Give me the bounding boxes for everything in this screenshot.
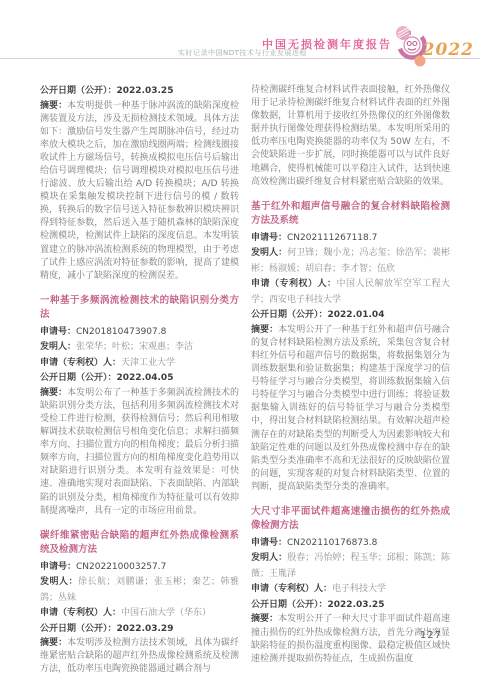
application-number-label: 申请号：: [251, 233, 287, 243]
abstract-label: 摘要：: [40, 638, 67, 648]
inventors-row: 发明人：何卫锋；魏小龙；冯志玺；徐浩军；裴彬彬；杨淑媛；胡启春；李才智；伍欣: [251, 246, 450, 277]
report-page: 中国无损检测年度报告 2022 实时记录中国NDT技术与行业发展进程 公开日期（…: [0, 0, 480, 679]
right-column: 待检测碳纤维复合材料试件表面接触，红外热像仪用于记录待检测碳纤维复合材料试件表面…: [251, 84, 450, 649]
inventors-label: 发明人：: [40, 342, 76, 352]
inventors-value: 张荣华；叶松；宋观惠；李洁: [76, 342, 193, 352]
publication-date-row: 公开日期（公开）：2022.01.04: [251, 308, 450, 324]
application-number-row: 申请号：CN202111267118.7: [251, 231, 450, 247]
applicant-row: 申请（专利权）人：天津工业大学: [40, 356, 239, 372]
patent-entry-continuation: 公开日期（公开）：2022.03.25 摘要：本发明提供一种基于脉冲涡流的缺陷深…: [40, 84, 239, 283]
application-number-value: CN202111267118.7: [287, 233, 377, 243]
patent-entry: 大尺寸非平面试件超高速撞击损伤的红外热成像检测方法 申请号：CN20211017…: [251, 505, 450, 666]
abstract-text: 本发明公布了一种基于多频涡流检测技术的缺陷识别分类方法，包括利用多频涡流检测技术…: [40, 388, 239, 516]
publication-date-row: 公开日期（公开）：2022.03.29: [40, 622, 239, 638]
applicant-value: 电子科技大学: [332, 584, 386, 594]
publication-date-row: 公开日期（公开）：2022.03.25: [40, 84, 239, 100]
application-number-label: 申请号：: [40, 562, 76, 572]
patent-title: 碳纤维紧密贴合缺陷的超声红外热成像检测系统及检测方法: [40, 529, 239, 557]
publication-date-value: 2022.03.29: [117, 624, 174, 634]
applicant-label: 申请（专利权）人：: [40, 358, 121, 368]
publication-date-label: 公开日期（公开）：: [40, 86, 117, 96]
abstract-label: 摘要：: [251, 325, 278, 335]
publication-date-value: 2022.04.05: [117, 373, 174, 383]
inventors-row: 发明人：殷春；冯怡婷；程玉华；邱根；陈凯；陈薇；王胤泽: [251, 551, 450, 582]
patent-title: 一种基于多频涡流检测技术的缺陷识别分类方法: [40, 294, 239, 322]
inventors-label: 发明人：: [40, 577, 78, 587]
abstract-paragraph: 摘要：本发明公布了一种基于多频涡流检测技术的缺陷识别分类方法，包括利用多频涡流检…: [40, 387, 239, 518]
publication-date-row: 公开日期（公开）：2022.03.25: [251, 598, 450, 614]
application-number-label: 申请号：: [251, 538, 287, 548]
abstract-text: 本发明提供一种基于脉冲涡流的缺陷深度检测装置及方法，涉及无损检测技术领域。具体方…: [40, 101, 239, 281]
abstract-paragraph: 摘要：本发明提供一种基于脉冲涡流的缺陷深度检测装置及方法，涉及无损检测技术领域。…: [40, 100, 239, 283]
abstract-label: 摘要：: [40, 101, 67, 111]
page-number: 127: [420, 630, 442, 641]
publication-date-row: 公开日期（公开）：2022.04.05: [40, 371, 239, 387]
inventors-label: 发明人：: [251, 248, 287, 258]
patent-title: 大尺寸非平面试件超高速撞击损伤的红外热成像检测方法: [251, 505, 450, 533]
applicant-row: 申请（专利权）人：中国人民解放军空军工程大学；西安电子科技大学: [251, 277, 450, 308]
inventors-row: 发明人：徐长航；刘鹏谦；张玉彬；秦艺；韩雅鸽；丛妹: [40, 575, 239, 606]
publication-date-label: 公开日期（公开）：: [40, 624, 117, 634]
abstract-text: 本发明涉及检测方法技术领域，具体为碳纤维紧密贴合缺陷的超声红外热成像检测系统及检…: [40, 638, 239, 674]
applicant-label: 申请（专利权）人：: [251, 584, 332, 594]
inventors-row: 发明人：张荣华；叶松；宋观惠；李洁: [40, 340, 239, 356]
abstract-paragraph: 摘要：本发明公开了一种基于红外和超声信号融合的复合材料缺陷检测方法及系统，采集包…: [251, 324, 450, 494]
page-header: 中国无损检测年度报告 2022 实时记录中国NDT技术与行业发展进程: [0, 0, 480, 72]
applicant-label: 申请（专利权）人：: [40, 608, 121, 618]
application-number-row: 申请号：CN201810473907.8: [40, 325, 239, 341]
abstract-text: 本发明公开了一种基于红外和超声信号融合的复合材料缺陷检测方法及系统，采集包含复合…: [251, 325, 450, 492]
report-subtitle: 实时记录中国NDT技术与行业发展进程: [178, 48, 307, 58]
abstract-label: 摘要：: [251, 614, 278, 624]
application-number-row: 申请号：CN202110176873.8: [251, 536, 450, 552]
applicant-row: 申请（专利权）人：电子科技大学: [251, 582, 450, 598]
left-column: 公开日期（公开）：2022.03.25 摘要：本发明提供一种基于脉冲涡流的缺陷深…: [40, 84, 239, 649]
applicant-row: 申请（专利权）人：中国石油大学（华东）: [40, 606, 239, 622]
applicant-value: 天津工业大学: [121, 358, 175, 368]
application-number-value: CN202110176873.8: [287, 538, 377, 548]
content-area: 公开日期（公开）：2022.03.25 摘要：本发明提供一种基于脉冲涡流的缺陷深…: [40, 84, 450, 649]
abstract-paragraph: 摘要：本发明涉及检测方法技术领域，具体为碳纤维紧密贴合缺陷的超声红外热成像检测系…: [40, 637, 239, 676]
publication-date-value: 2022.03.25: [328, 600, 385, 610]
publication-date-value: 2022.01.04: [328, 310, 385, 320]
applicant-label: 申请（专利权）人：: [251, 279, 337, 289]
patent-entry: 碳纤维紧密贴合缺陷的超声红外热成像检测系统及检测方法 申请号：CN2022100…: [40, 529, 239, 677]
application-number-value: CN202210003257.7: [76, 562, 166, 572]
inventors-label: 发明人：: [251, 553, 287, 563]
report-year: 2022: [423, 40, 474, 60]
patent-title: 基于红外和超声信号融合的复合材料缺陷检测方法及系统: [251, 200, 450, 228]
abstract-continuation: 待检测碳纤维复合材料试件表面接触，红外热像仪用于记录待检测碳纤维复合材料试件表面…: [251, 84, 450, 189]
application-number-label: 申请号：: [40, 327, 76, 337]
patent-entry: 一种基于多频涡流检测技术的缺陷识别分类方法 申请号：CN201810473907…: [40, 294, 239, 518]
application-number-value: CN201810473907.8: [76, 327, 166, 337]
publication-date-label: 公开日期（公开）：: [251, 600, 328, 610]
patent-entry: 基于红外和超声信号融合的复合材料缺陷检测方法及系统 申请号：CN20211126…: [251, 200, 450, 494]
abstract-label: 摘要：: [40, 388, 67, 398]
publication-date-label: 公开日期（公开）：: [40, 373, 117, 383]
applicant-value: 中国石油大学（华东）: [121, 608, 211, 618]
publication-date-value: 2022.03.25: [117, 86, 174, 96]
publication-date-label: 公开日期（公开）：: [251, 310, 328, 320]
application-number-row: 申请号：CN202210003257.7: [40, 560, 239, 576]
